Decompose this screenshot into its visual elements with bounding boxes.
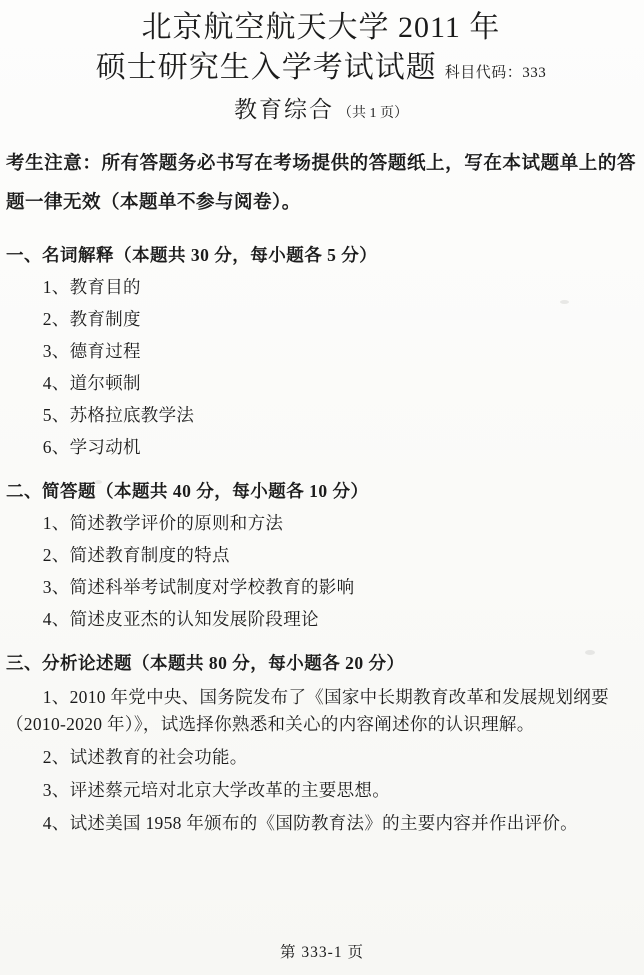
section-term-definitions: 一、名词解释（本题共 30 分，每小题各 5 分） 1、教育目的 2、教育制度 … xyxy=(6,244,636,459)
section-short-answers: 二、简答题（本题共 40 分，每小题各 10 分） 1、简述教学评价的原则和方法… xyxy=(6,480,636,631)
question-item: 6、学习动机 xyxy=(6,436,636,459)
question-item: 3、德育过程 xyxy=(6,340,636,363)
university-title: 北京航空航天大学 2011 年 xyxy=(6,8,636,48)
section-heading: 三、分析论述题（本题共 80 分，每小题各 20 分） xyxy=(6,652,636,675)
exam-title: 硕士研究生入学考试试题 xyxy=(96,48,437,88)
subject-name: 教育综合 xyxy=(234,93,334,127)
question-item: 4、试述美国 1958 年颁布的《国防教育法》的主要内容并作出评价。 xyxy=(6,810,636,837)
question-item: 3、评述蔡元培对北京大学改革的主要思想。 xyxy=(6,777,636,804)
question-item: 2、教育制度 xyxy=(6,308,636,331)
question-item: 2、简述教育制度的特点 xyxy=(6,544,636,567)
section-essay-questions: 三、分析论述题（本题共 80 分，每小题各 20 分） 1、2010 年党中央、… xyxy=(6,652,636,837)
section-heading: 二、简答题（本题共 40 分，每小题各 10 分） xyxy=(6,480,636,503)
exam-paper-page: 北京航空航天大学 2011 年 硕士研究生入学考试试题 科目代码：333 教育综… xyxy=(0,0,644,975)
subject-code: 科目代码：333 xyxy=(445,53,547,93)
exam-header: 北京航空航天大学 2011 年 硕士研究生入学考试试题 科目代码：333 教育综… xyxy=(6,8,636,131)
question-item: 2、试述教育的社会功能。 xyxy=(6,744,636,771)
question-item: 1、2010 年党中央、国务院发布了《国家中长期教育改革和发展规划纲要（2010… xyxy=(6,684,636,738)
question-item: 1、简述教学评价的原则和方法 xyxy=(6,512,636,535)
exam-title-row: 硕士研究生入学考试试题 科目代码：333 xyxy=(6,48,636,93)
question-item: 5、苏格拉底教学法 xyxy=(6,404,636,427)
question-item: 4、道尔顿制 xyxy=(6,372,636,395)
section-heading: 一、名词解释（本题共 30 分，每小题各 5 分） xyxy=(6,244,636,267)
question-item: 1、教育目的 xyxy=(6,276,636,299)
page-footer: 第 333-1 页 xyxy=(0,940,644,962)
candidate-notice: 考生注意：所有答题务必书写在考场提供的答题纸上，写在本试题单上的答题一律无效（本… xyxy=(6,145,636,223)
page-count-note: （共 1 页） xyxy=(338,97,408,131)
subject-row: 教育综合 （共 1 页） xyxy=(6,93,636,131)
question-item: 3、简述科举考试制度对学校教育的影响 xyxy=(6,576,636,599)
question-item: 4、简述皮亚杰的认知发展阶段理论 xyxy=(6,608,636,631)
